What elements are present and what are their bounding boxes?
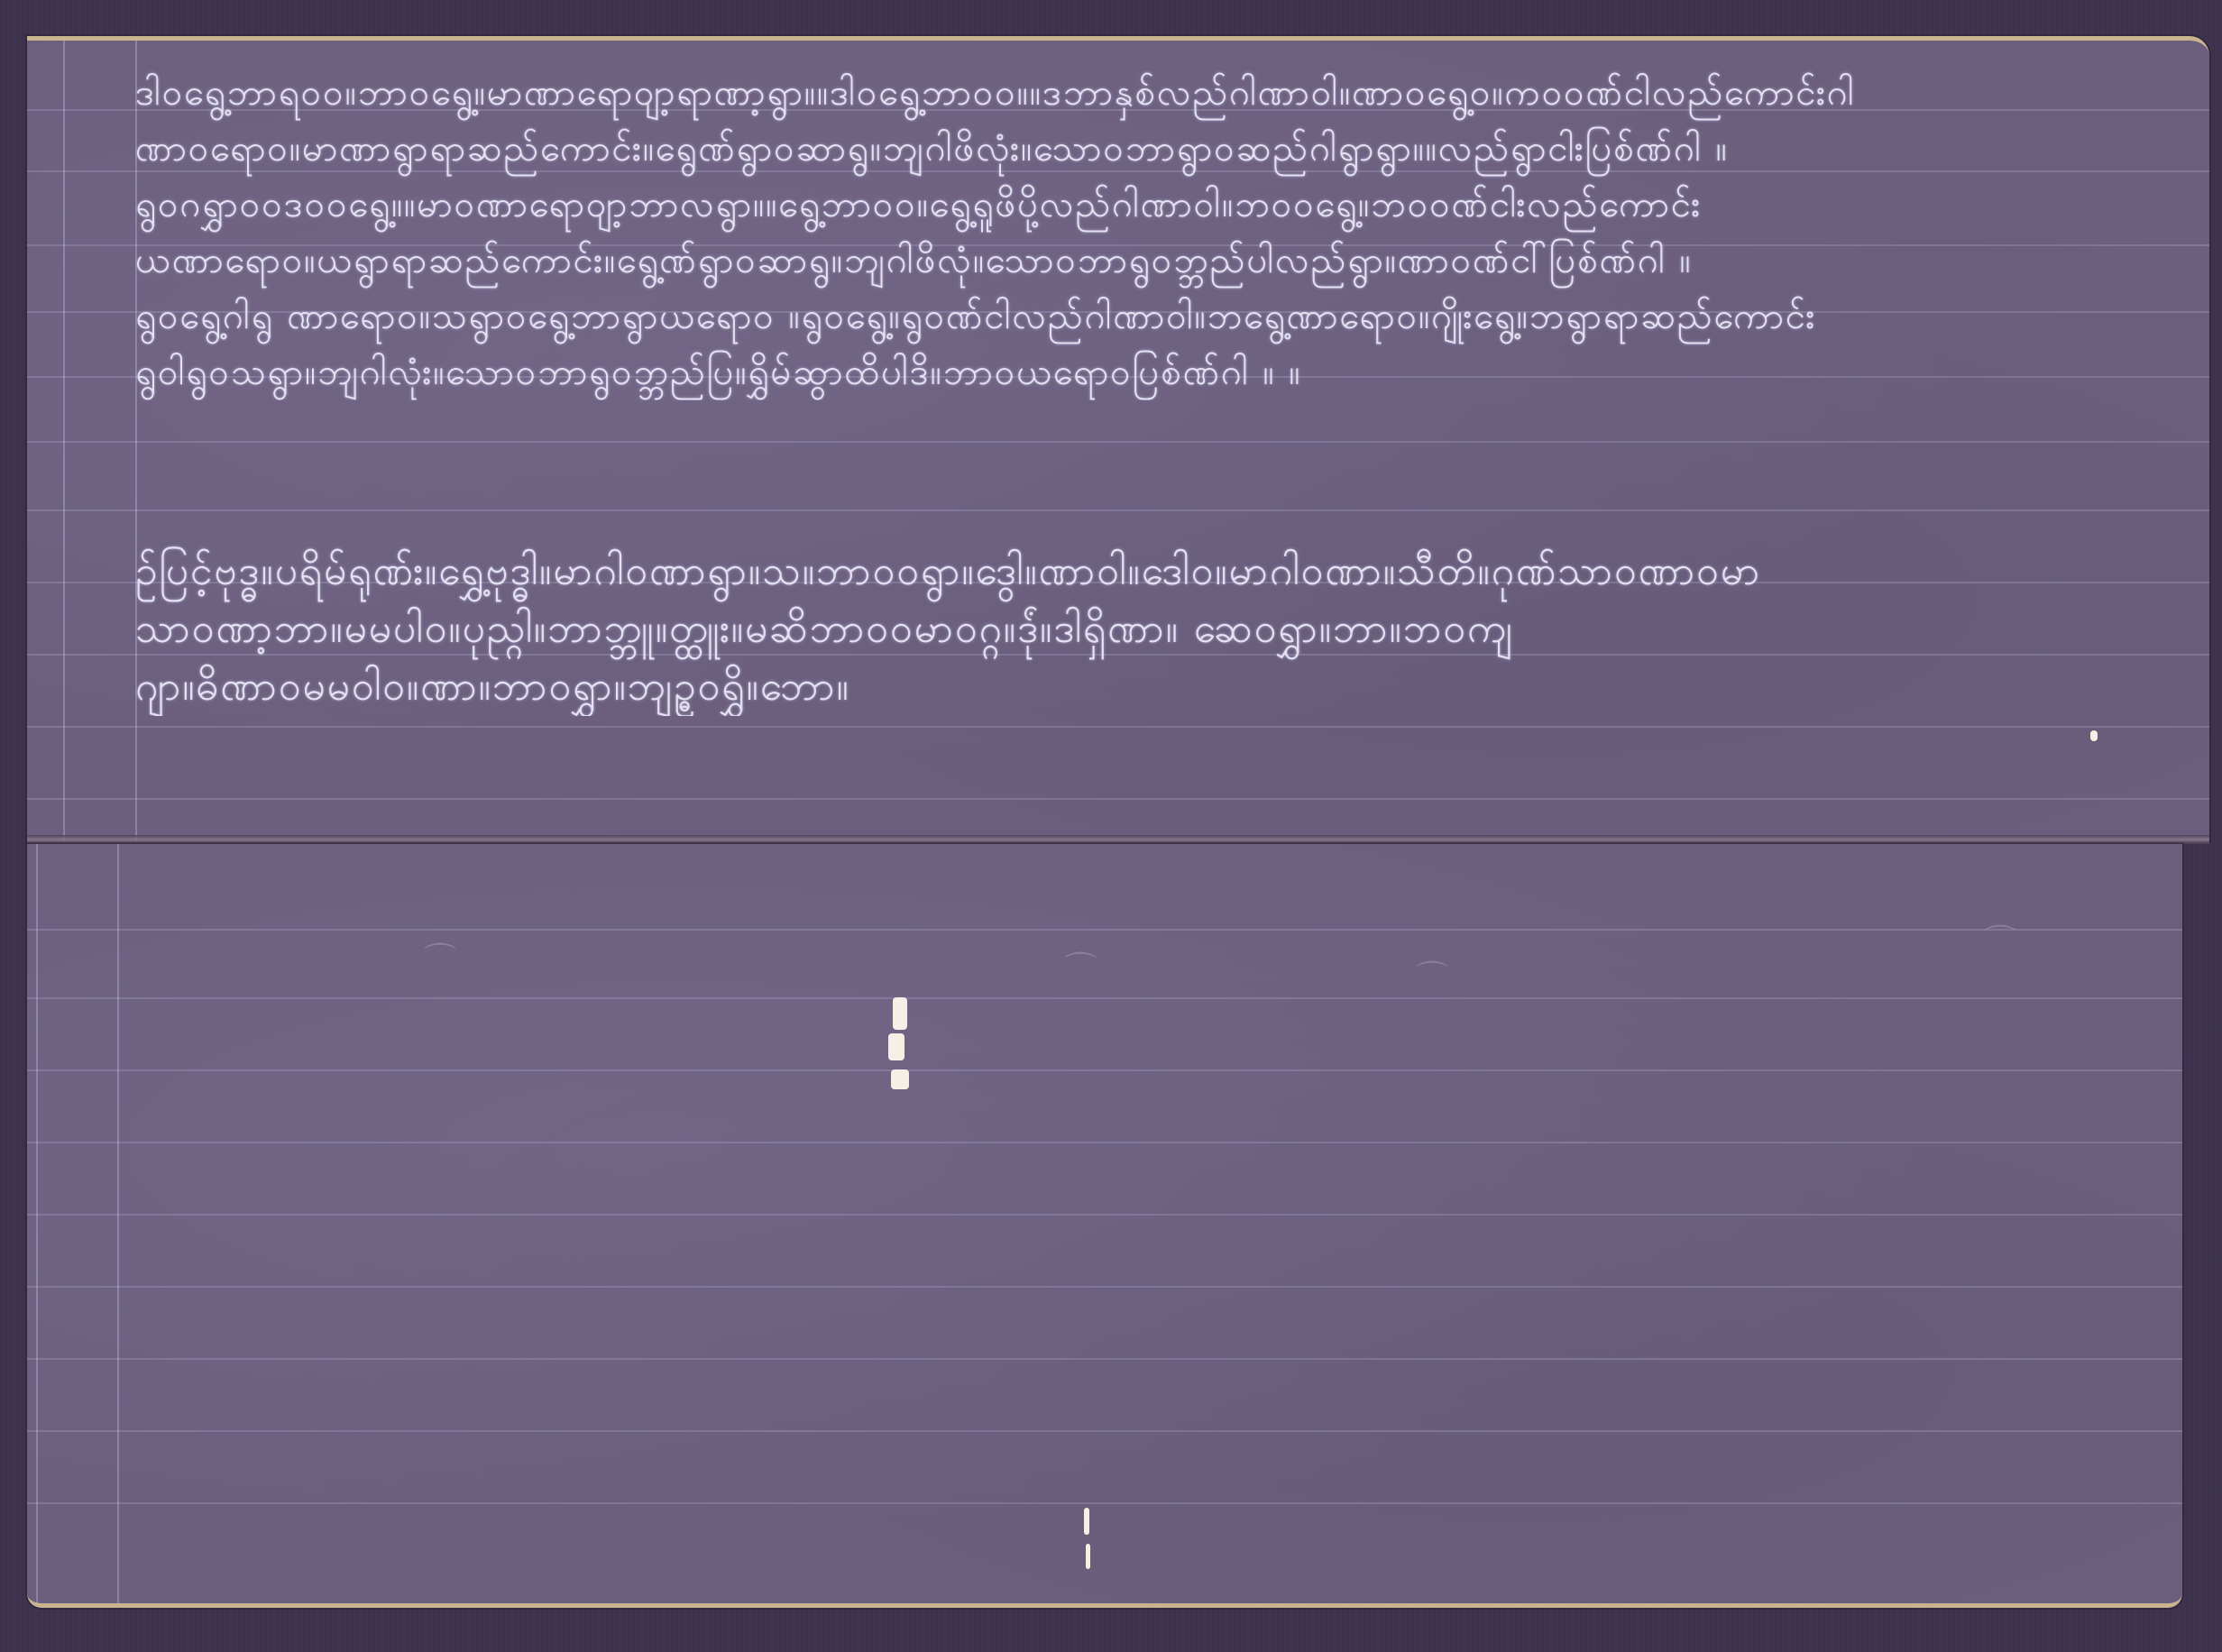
- manuscript-line: ယဏာရော၀။ယရွာရာဆည်ကောင်း။ရွေ့ဏ်ရွာ၀ဆာရွ။ဘ…: [135, 233, 2168, 289]
- ruled-line: [27, 1142, 2182, 1143]
- ruled-line: [27, 798, 2209, 800]
- ruled-line: [27, 1358, 2182, 1360]
- manuscript-line: ဏာ၀ရော၀။မာဏာရွာရာဆည်ကောင်း။ရွေဏ်ရွာ၀ဆာရွ…: [135, 121, 2168, 177]
- paragraph-1: ဒါ၀ရွေ့ဘာရ၀၀။ဘာ၀ရွေ့။မာဏာရော၀ျာ့ရာဏာ့ရွာ…: [135, 65, 2168, 400]
- ruled-line: [27, 1286, 2182, 1288]
- manuscript-line: ရွ၀ရွေ့ဂါရွ ဏာရော၀။သရွာ၀ရွေ့ဘာရွာယရော၀ ။…: [135, 289, 2168, 344]
- ruled-line: [27, 997, 2182, 999]
- paper-damage: [1084, 1508, 1089, 1535]
- paragraph-2: ဥ်ပြင့်ဗုဒ္ဓ။ပရိမ်ရုဏ်း။ရွှေ့ဗုဒ္ဓါ။မာဂါ…: [135, 543, 2168, 716]
- paper-damage: [893, 997, 907, 1030]
- ruled-line: [27, 1069, 2182, 1071]
- offset-mark: ⌒: [1984, 916, 2016, 962]
- fold-crease: [27, 835, 2209, 844]
- offset-mark: ⌒: [1416, 952, 1448, 998]
- ruled-line: [27, 1502, 2182, 1504]
- paper-damage: [1086, 1544, 1090, 1569]
- offset-mark: ⌒: [424, 934, 456, 980]
- manuscript-line: ဂျာ။ဓိဏာ၀မမ၀ါ၀။ဏာ။ဘာ၀ရွှာ။ဘျဥ္ဓ၀ရွှိ။ဘော…: [135, 658, 2168, 716]
- ruled-line: [27, 1214, 2182, 1216]
- ruled-line: [27, 929, 2182, 931]
- manuscript-line: ရွ၀ါရွ၀သရွာ။ဘျဂါလုံး။သော၀ဘာရွ၀ဘ္ဘည်ပြ။ရွ…: [135, 344, 2168, 400]
- paper-damage: [2090, 730, 2098, 741]
- inner-margin-rule: [117, 844, 119, 1603]
- ruled-line: [27, 441, 2209, 443]
- manuscript-line: ဒါ၀ရွေ့ဘာရ၀၀။ဘာ၀ရွေ့။မာဏာရော၀ျာ့ရာဏာ့ရွာ…: [135, 65, 2168, 121]
- lower-folio: ⌒ ⌒ ⌒ ⌒: [27, 844, 2182, 1608]
- ruled-line: [27, 726, 2209, 728]
- manuscript-line: ရွ၀ဂရွှာ၀၀ဒ၀၀ရွေ့။။မာ၀ဏာရော၀ျာ့ဘာလရွာ။။ရ…: [135, 177, 2168, 233]
- paper-damage: [891, 1069, 909, 1089]
- ruled-line: [27, 509, 2209, 511]
- paper-damage: [888, 1033, 904, 1060]
- outer-margin-rule: [36, 844, 38, 1603]
- ruled-line: [27, 1430, 2182, 1432]
- offset-mark: ⌒: [1064, 943, 1097, 989]
- manuscript-line: သာ၀ဏာ့ဘာ။မမပါ၀။ပုည္ဂါ။ဘာဘ္ဘူ။တ္ထူး။မဆိဘာ…: [135, 601, 2168, 658]
- manuscript-line: ဥ်ပြင့်ဗုဒ္ဓ။ပရိမ်ရုဏ်း။ရွှေ့ဗုဒ္ဓါ။မာဂါ…: [135, 543, 2168, 601]
